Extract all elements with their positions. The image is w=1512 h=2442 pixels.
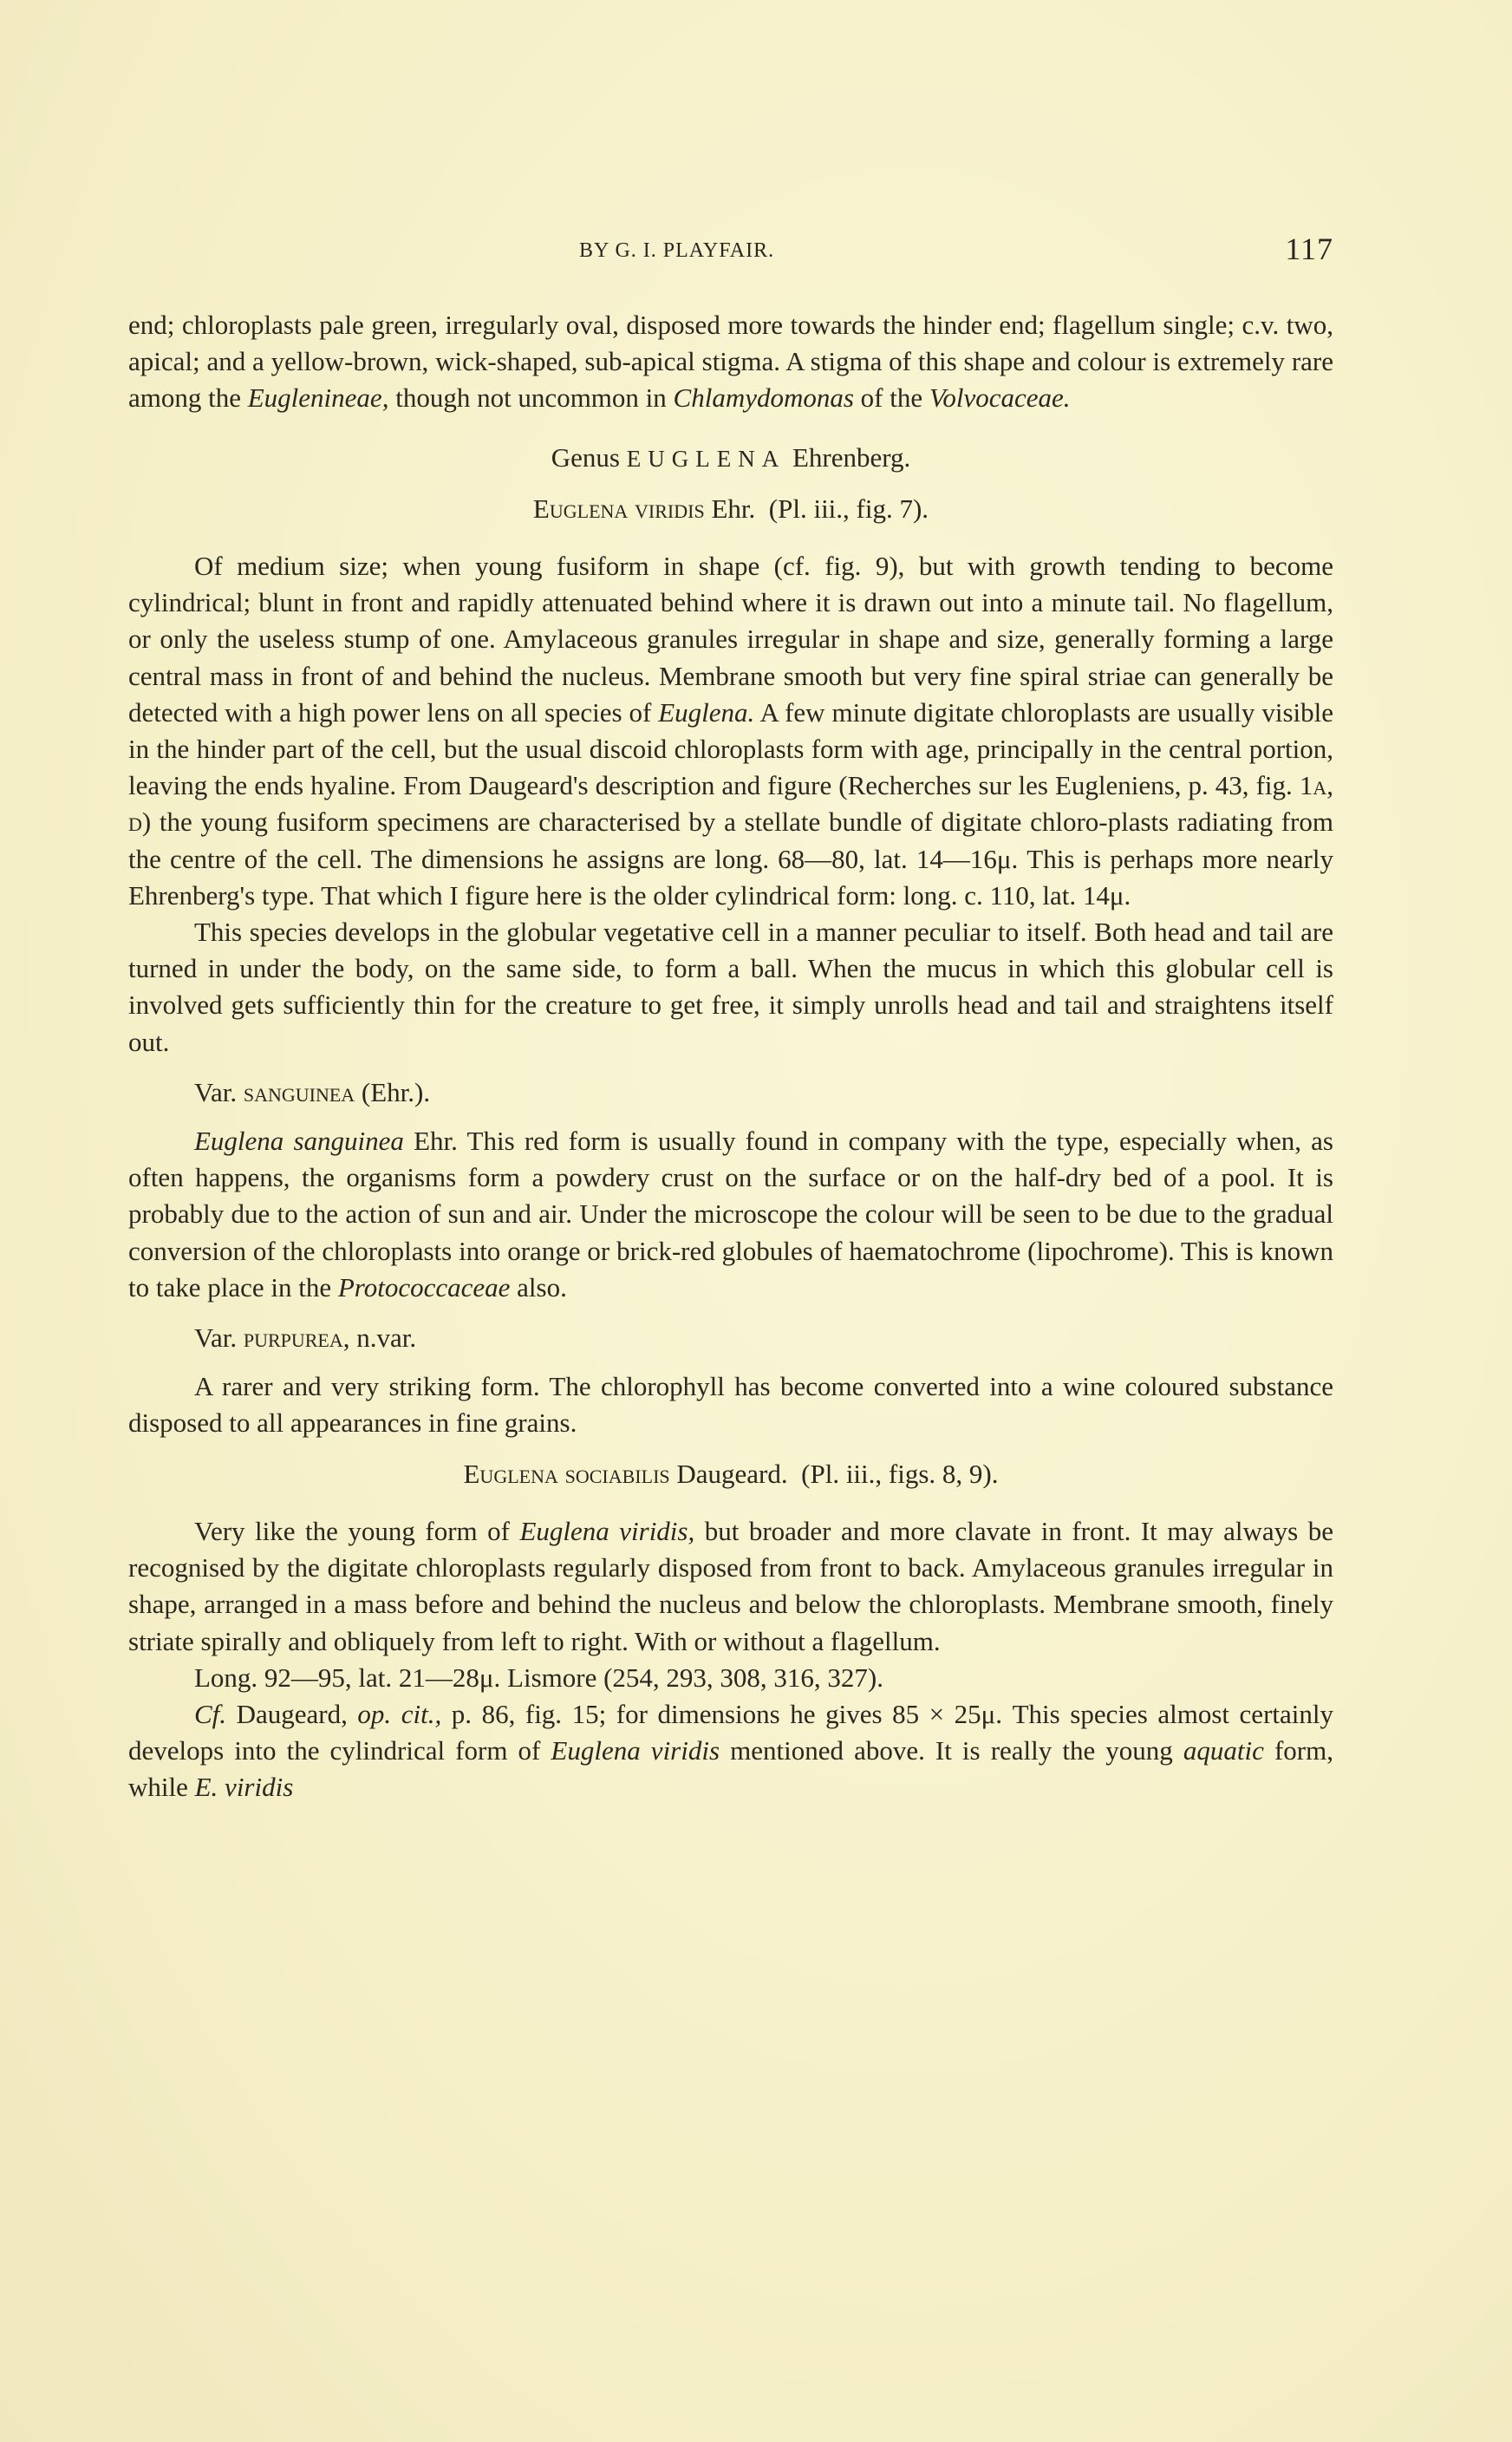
- italic-taxon: Euglenineae,: [248, 382, 389, 413]
- italic-abbrev: op. cit.,: [357, 1699, 441, 1729]
- var-sanguinea-description: Euglena sanguinea Ehr. This red form is …: [128, 1123, 1333, 1306]
- euglena-viridis-development: This species develops in the globular ve…: [128, 914, 1333, 1061]
- species-heading-euglena-sociabilis: Euglena sociabilis Daugeard. (Pl. iii., …: [128, 1456, 1333, 1492]
- text-run: also.: [510, 1272, 566, 1303]
- var-prefix: Var.: [194, 1077, 237, 1107]
- species-epithet: viridis: [635, 493, 705, 524]
- species-authority: Daugeard.: [676, 1459, 787, 1489]
- species-heading-euglena-viridis: Euglena viridis Ehr. (Pl. iii., fig. 7).: [128, 491, 1333, 527]
- species-genus: Euglena: [464, 1459, 558, 1489]
- italic-taxon: Euglena.: [658, 697, 754, 728]
- plate-reference: (Pl. iii., figs. 8, 9).: [801, 1459, 998, 1489]
- genus-authority: Ehrenberg.: [792, 442, 910, 473]
- var-authority: n.var.: [356, 1322, 416, 1353]
- italic-taxon: Volvocaceae.: [929, 382, 1071, 413]
- euglena-sociabilis-description: Very like the young form of Euglena viri…: [128, 1513, 1333, 1660]
- italic-taxon: Euglena sanguinea: [194, 1126, 404, 1156]
- italic-taxon: Euglena viridis: [551, 1735, 720, 1766]
- body-text: end; chloroplasts pale green, irregularl…: [128, 307, 1333, 1806]
- var-authority: (Ehr.).: [362, 1077, 430, 1107]
- text-run: though not uncommon in: [388, 382, 673, 413]
- euglena-viridis-description: Of medium size; when young fusiform in s…: [128, 548, 1333, 914]
- genus-heading: Genus EUGLENA Ehrenberg.: [128, 440, 1333, 477]
- species-epithet: sociabilis: [565, 1459, 670, 1489]
- page-number: 117: [1285, 231, 1333, 267]
- text-run: of the: [854, 382, 929, 413]
- italic-term: aquatic: [1183, 1735, 1264, 1766]
- euglena-sociabilis-comparison: Cf. Daugeard, op. cit., p. 86, fig. 15; …: [128, 1696, 1333, 1806]
- species-authority: Ehr.: [711, 493, 755, 524]
- plate-reference: (Pl. iii., fig. 7).: [769, 493, 929, 524]
- text-run: Daugeard,: [226, 1699, 357, 1729]
- var-name: sanguinea: [244, 1077, 355, 1107]
- var-purpurea-heading: Var. purpurea, n.var.: [128, 1320, 1333, 1356]
- var-name: purpurea,: [244, 1322, 350, 1353]
- intro-paragraph: end; chloroplasts pale green, irregularl…: [128, 307, 1333, 417]
- running-head: BY G. I. PLAYFAIR. 117: [128, 234, 1333, 269]
- running-head-author: BY G. I. PLAYFAIR.: [579, 239, 774, 263]
- text-run: ) the young fusiform specimens are chara…: [128, 806, 1333, 910]
- var-sanguinea-heading: Var. sanguinea (Ehr.).: [128, 1074, 1333, 1111]
- var-prefix: Var.: [194, 1322, 237, 1353]
- genus-name: EUGLENA: [627, 446, 785, 472]
- text-run: Very like the young form of: [194, 1516, 519, 1546]
- italic-taxon: Protococcaceae: [338, 1272, 511, 1303]
- italic-taxon: Chlamydomonas: [674, 382, 854, 413]
- var-purpurea-description: A rarer and very striking form. The chlo…: [128, 1368, 1333, 1441]
- text-run: mentioned above. It is really the young: [720, 1735, 1183, 1766]
- genus-prefix: Genus: [551, 442, 620, 473]
- euglena-sociabilis-measurements: Long. 92—95, lat. 21—28μ. Lismore (254, …: [128, 1660, 1333, 1696]
- italic-taxon: E. viridis: [195, 1772, 294, 1802]
- italic-abbrev: Cf.: [194, 1699, 226, 1729]
- italic-taxon: Euglena viridis,: [519, 1516, 694, 1546]
- species-genus: Euglena: [533, 493, 628, 524]
